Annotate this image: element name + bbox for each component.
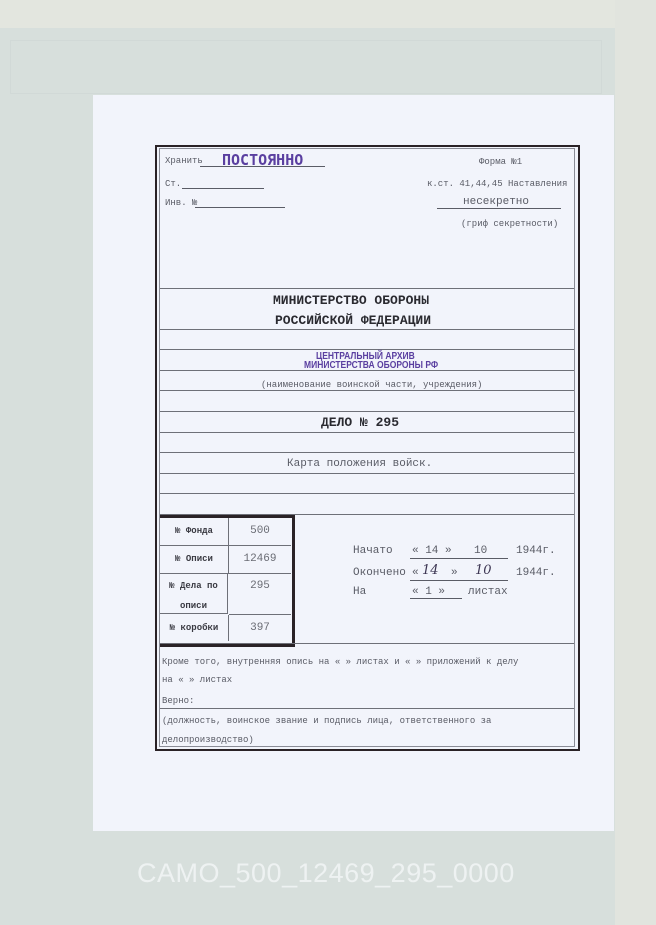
unit-stamp-line-2: МИНИСТЕРСТВА ОБОРОНЫ РФ — [304, 360, 438, 371]
archive-value-fond: 500 — [229, 518, 291, 546]
rule — [160, 643, 574, 644]
keep-value-stamp: ПОСТОЯННО — [222, 151, 303, 169]
ministry-line-1: МИНИСТЕРСТВО ОБОРОНЫ — [273, 293, 429, 308]
ended-underline — [410, 580, 508, 581]
rule — [160, 349, 574, 350]
st-underline — [182, 188, 264, 189]
started-year: 1944г. — [516, 545, 556, 557]
rule — [160, 411, 574, 412]
archive-label-fond: № Фонда — [160, 518, 229, 546]
rule — [160, 473, 574, 474]
rule — [160, 493, 574, 494]
secrecy-value: несекретно — [463, 196, 529, 208]
secrecy-underline — [437, 208, 561, 209]
started-day: « 14 » — [412, 545, 452, 557]
secrecy-caption: (гриф секретности) — [461, 219, 558, 229]
rule — [160, 329, 574, 330]
ended-open-quote: « — [412, 567, 419, 579]
st-label: Ст. — [165, 179, 181, 189]
ended-day-handwritten: 14 — [422, 563, 439, 578]
inventory-line: Кроме того, внутренняя опись на « » лист… — [162, 657, 518, 667]
sheets-value: « 1 » — [412, 586, 445, 598]
ended-close-quote: » — [451, 567, 458, 579]
archive-label-delo: № Дела по описи — [160, 574, 228, 614]
ended-year: 1944г. — [516, 567, 556, 579]
case-title: ДЕЛО № 295 — [321, 415, 399, 430]
scan-ghost-frame — [10, 40, 602, 94]
rule — [160, 452, 574, 453]
sheets-underline — [410, 598, 462, 599]
form-label: Форма №1 — [479, 157, 522, 167]
inv-underline — [195, 207, 285, 208]
sheets-suffix: листах — [468, 586, 508, 598]
case-description: Карта положения войск. — [287, 458, 432, 470]
started-month: 10 — [474, 545, 487, 557]
unit-caption: (наименование воинской части, учреждения… — [261, 380, 482, 390]
rule — [160, 432, 574, 433]
sheets-line: на « » листах — [162, 675, 232, 685]
ended-month-handwritten: 10 — [475, 563, 492, 578]
archive-value-box: 397 — [229, 615, 291, 641]
archive-value-opis: 12469 — [229, 546, 291, 574]
signature-line-1: (должность, воинское звание и подпись ли… — [162, 716, 491, 726]
started-label: Начато — [353, 545, 393, 557]
ended-label: Окончено — [353, 567, 406, 579]
archive-value-delo: 295 — [229, 574, 291, 615]
ministry-line-2: РОССИЙСКОЙ ФЕДЕРАЦИИ — [275, 313, 431, 328]
scan-background-right — [615, 0, 656, 925]
archive-label-opis: № Описи — [160, 546, 229, 574]
rule — [160, 708, 574, 709]
signature-line-2: делопроизводство) — [162, 735, 254, 745]
articles-label: к.ст. 41,44,45 Наставления — [427, 179, 567, 189]
rule — [160, 288, 574, 289]
sheets-label: На — [353, 586, 366, 598]
archive-table: № Фонда 500 № Описи 12469 № Дела по опис… — [160, 515, 295, 647]
keep-label: Хранить — [165, 156, 203, 166]
verified-label: Верно: — [162, 696, 194, 706]
archive-label-box: № коробки — [160, 615, 229, 641]
inv-label: Инв. № — [165, 198, 197, 208]
started-underline — [410, 558, 508, 559]
rule — [160, 390, 574, 391]
scan-id-watermark: CAMO_500_12469_295_0000 — [137, 858, 515, 889]
scan-background-top — [0, 0, 656, 28]
